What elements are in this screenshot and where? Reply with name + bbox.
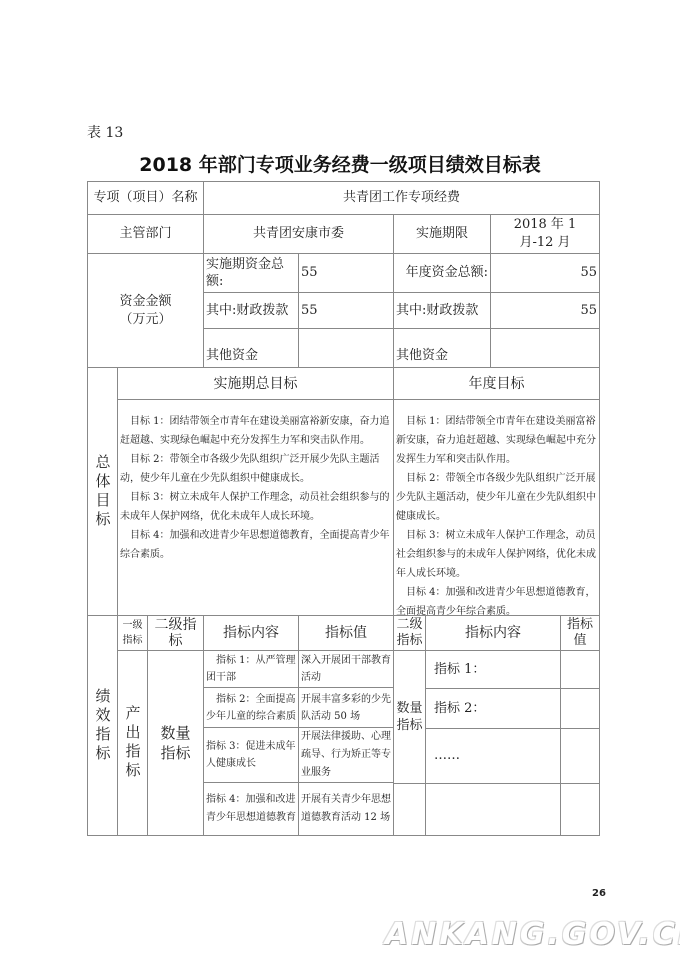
indicator-value-1: 深入开展团干部教育活动 xyxy=(298,650,394,688)
goal-item: 目标 3：树立未成年人保护工作理念，动员社会组织参与的未成年人保护网络，优化未成… xyxy=(120,488,391,526)
level2-quantity: 数量指标 xyxy=(147,650,204,836)
funds-total-label: 实施期资金总额: xyxy=(203,253,299,293)
goals-annual-list: 目标 1：团结带领全市青年在建设美丽富裕新安康，奋力追赶超越、实现绿色崛起中充分… xyxy=(393,399,600,616)
annual-other-value xyxy=(490,328,600,368)
perf-label: 绩效指标 xyxy=(87,615,118,836)
goals-label: 总体目标 xyxy=(87,367,118,616)
goal-item: 目标 2：带领全市各级少先队组织广泛开展少先队主题活动，使少年儿童在少先队组织中… xyxy=(120,450,391,488)
indicator-content-3: 指标 3：促进未成年人健康成长 xyxy=(203,727,299,783)
indicator-content-2: 指标 2：全面提高少年儿童的综合素质 xyxy=(203,687,299,728)
annual-indicator-content-4 xyxy=(425,783,561,836)
level1-output: 产出指标 xyxy=(117,650,148,836)
indicator-value-2: 开展丰富多彩的少先队活动 50 场 xyxy=(298,687,394,728)
indicator-content-1: 指标 1：从严管理团干部 xyxy=(203,650,299,688)
annual-indicator-value-4 xyxy=(560,783,600,836)
funds-other-value xyxy=(298,328,394,368)
annual-level2-quantity: 数量指标 xyxy=(393,650,426,784)
goal-item: 目标 4：加强和改进青少年思想道德教育，全面提高青少年综合素质。 xyxy=(120,526,391,564)
header-level2-annual: 二级指标 xyxy=(393,615,426,651)
annual-indicator-content-3: …… xyxy=(425,728,561,784)
funds-fiscal-label: 其中:财政拨款 xyxy=(203,292,299,329)
annual-indicator-value-1 xyxy=(560,650,600,689)
period-value: 2018 年 1 月-12 月 xyxy=(490,214,600,254)
goal-item: 目标 1：团结带领全市青年在建设美丽富裕新安康，奋力追赶超越、实现绿色崛起中充分… xyxy=(120,412,391,450)
header-value-annual: 指标值 xyxy=(560,615,600,651)
annual-other-label: 其他资金 xyxy=(393,328,491,368)
project-name-label: 专项（项目）名称 xyxy=(87,181,204,215)
dept-value: 共青团安康市委 xyxy=(203,214,394,254)
funds-fiscal-value: 55 xyxy=(298,292,394,329)
funds-label: 资金金额（万元） xyxy=(87,253,204,368)
goals-period-list: 目标 1：团结带领全市青年在建设美丽富裕新安康，奋力追赶超越、实现绿色崛起中充分… xyxy=(117,399,394,616)
annual-indicator-content-2: 指标 2： xyxy=(425,688,561,729)
funds-total-value: 55 xyxy=(298,253,394,293)
indicator-value-3: 开展法律援助、心理疏导、行为矫正等专业服务 xyxy=(298,727,394,783)
dept-label: 主管部门 xyxy=(87,214,204,254)
annual-level2-empty xyxy=(393,783,426,836)
header-level2: 二级指标 xyxy=(147,615,204,651)
header-value: 指标值 xyxy=(298,615,394,651)
annual-indicator-value-3 xyxy=(560,728,600,784)
annual-total-value: 55 xyxy=(490,253,600,293)
goal-item: 目标 3：树立未成年人保护工作理念，动员社会组织参与的未成年人保护网络，优化未成… xyxy=(396,526,597,583)
period-label: 实施期限 xyxy=(393,214,491,254)
goal-item: 目标 1：团结带领全市青年在建设美丽富裕新安康，奋力追赶超越、实现绿色崛起中充分… xyxy=(396,412,597,469)
header-content: 指标内容 xyxy=(203,615,299,651)
page-title: 2018 年部门专项业务经费一级项目绩效目标表 xyxy=(0,150,680,177)
header-content-annual: 指标内容 xyxy=(425,615,561,651)
annual-fiscal-value: 55 xyxy=(490,292,600,329)
page-number: 26 xyxy=(592,888,606,899)
indicator-content-4: 指标 4：加强和改进青少年思想道德教育 xyxy=(203,782,299,836)
header-level1: 一级指标 xyxy=(117,615,148,651)
funds-other-label: 其他资金 xyxy=(203,328,299,368)
goals-annual-header: 年度目标 xyxy=(393,367,600,400)
project-name-value: 共青团工作专项经费 xyxy=(203,181,600,215)
annual-indicator-content-1: 指标 1： xyxy=(425,650,561,689)
indicator-value-4: 开展有关青少年思想道德教育活动 12 场 xyxy=(298,782,394,836)
annual-total-label: 年度资金总额: xyxy=(393,253,491,293)
watermark: ANKANG.GOV.CN xyxy=(385,917,680,952)
table-number: 表 13 xyxy=(87,122,123,142)
goal-item: 目标 2：带领全市各级少先队组织广泛开展少先队主题活动，使少年儿童在少先队组织中… xyxy=(396,469,597,526)
goals-period-header: 实施期总目标 xyxy=(117,367,394,400)
annual-fiscal-label: 其中:财政拨款 xyxy=(393,292,491,329)
annual-indicator-value-2 xyxy=(560,688,600,729)
